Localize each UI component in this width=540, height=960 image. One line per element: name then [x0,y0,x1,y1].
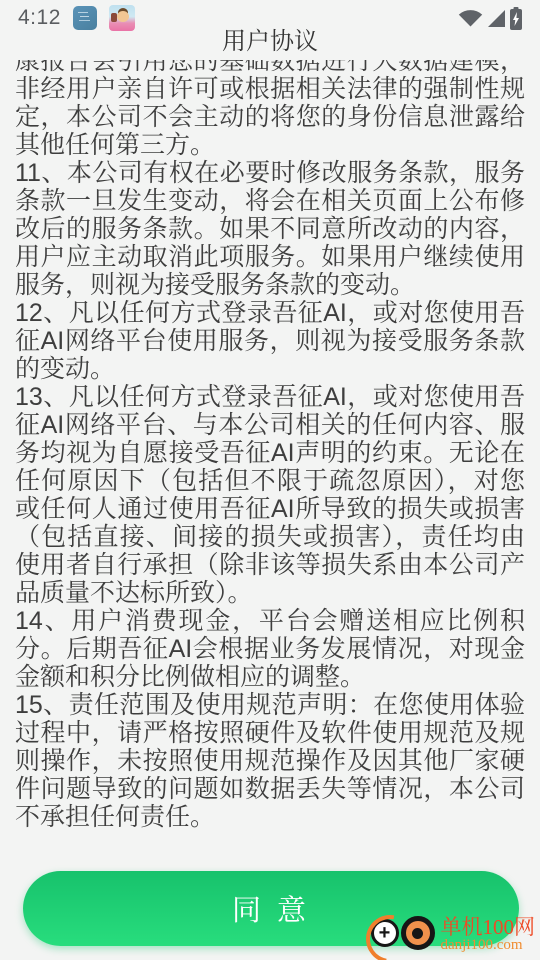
header-bar: 4:12 用户协议 [0,0,540,60]
agreement-paragraph: 14、用户消费现金，平台会赠送相应比例积分。后期吾征AI会根据业务发展情况，对现… [15,607,525,691]
watermark-site-domain: danji100.com [441,938,536,954]
agreement-paragraph: 康报告会引用您的基础数据进行大数据建模，非经用户亲自许可或根据相关法律的强制性规… [15,60,525,159]
agreement-paragraph: 12、凡以任何方式登录吾征AI，或对您使用吾征AI网络平台使用服务，则视为接受服… [15,299,525,383]
watermark-glasses-logo-icon: + [369,911,441,959]
agreement-scroll-area[interactable]: 康报告会引用您的基础数据进行大数据建模，非经用户亲自许可或根据相关法律的强制性规… [0,60,540,860]
site-watermark: + 单机100网 danji100.com [369,911,539,959]
agreement-paragraph: 11、本公司有权在必要时修改服务条款，服务条款一旦发生变动，将会在相关页面上公布… [15,159,525,299]
agreement-paragraph: 13、凡以任何方式登录吾征AI，或对您使用吾征AI网络平台、与本公司相关的任何内… [15,383,525,607]
agreement-paragraph: 15、责任范围及使用规范声明：在您使用体验过程中，请严格按照硬件及软件使用规范及… [15,691,525,831]
watermark-site-name: 单机100网 [441,916,536,938]
watermark-text: 单机100网 danji100.com [441,916,539,954]
logo-lens-plus-icon: + [371,919,399,947]
page-title: 用户协议 [0,21,540,56]
agreement-text: 康报告会引用您的基础数据进行大数据建模，非经用户亲自许可或根据相关法律的强制性规… [15,60,525,831]
logo-lens-dot-icon [401,916,435,950]
